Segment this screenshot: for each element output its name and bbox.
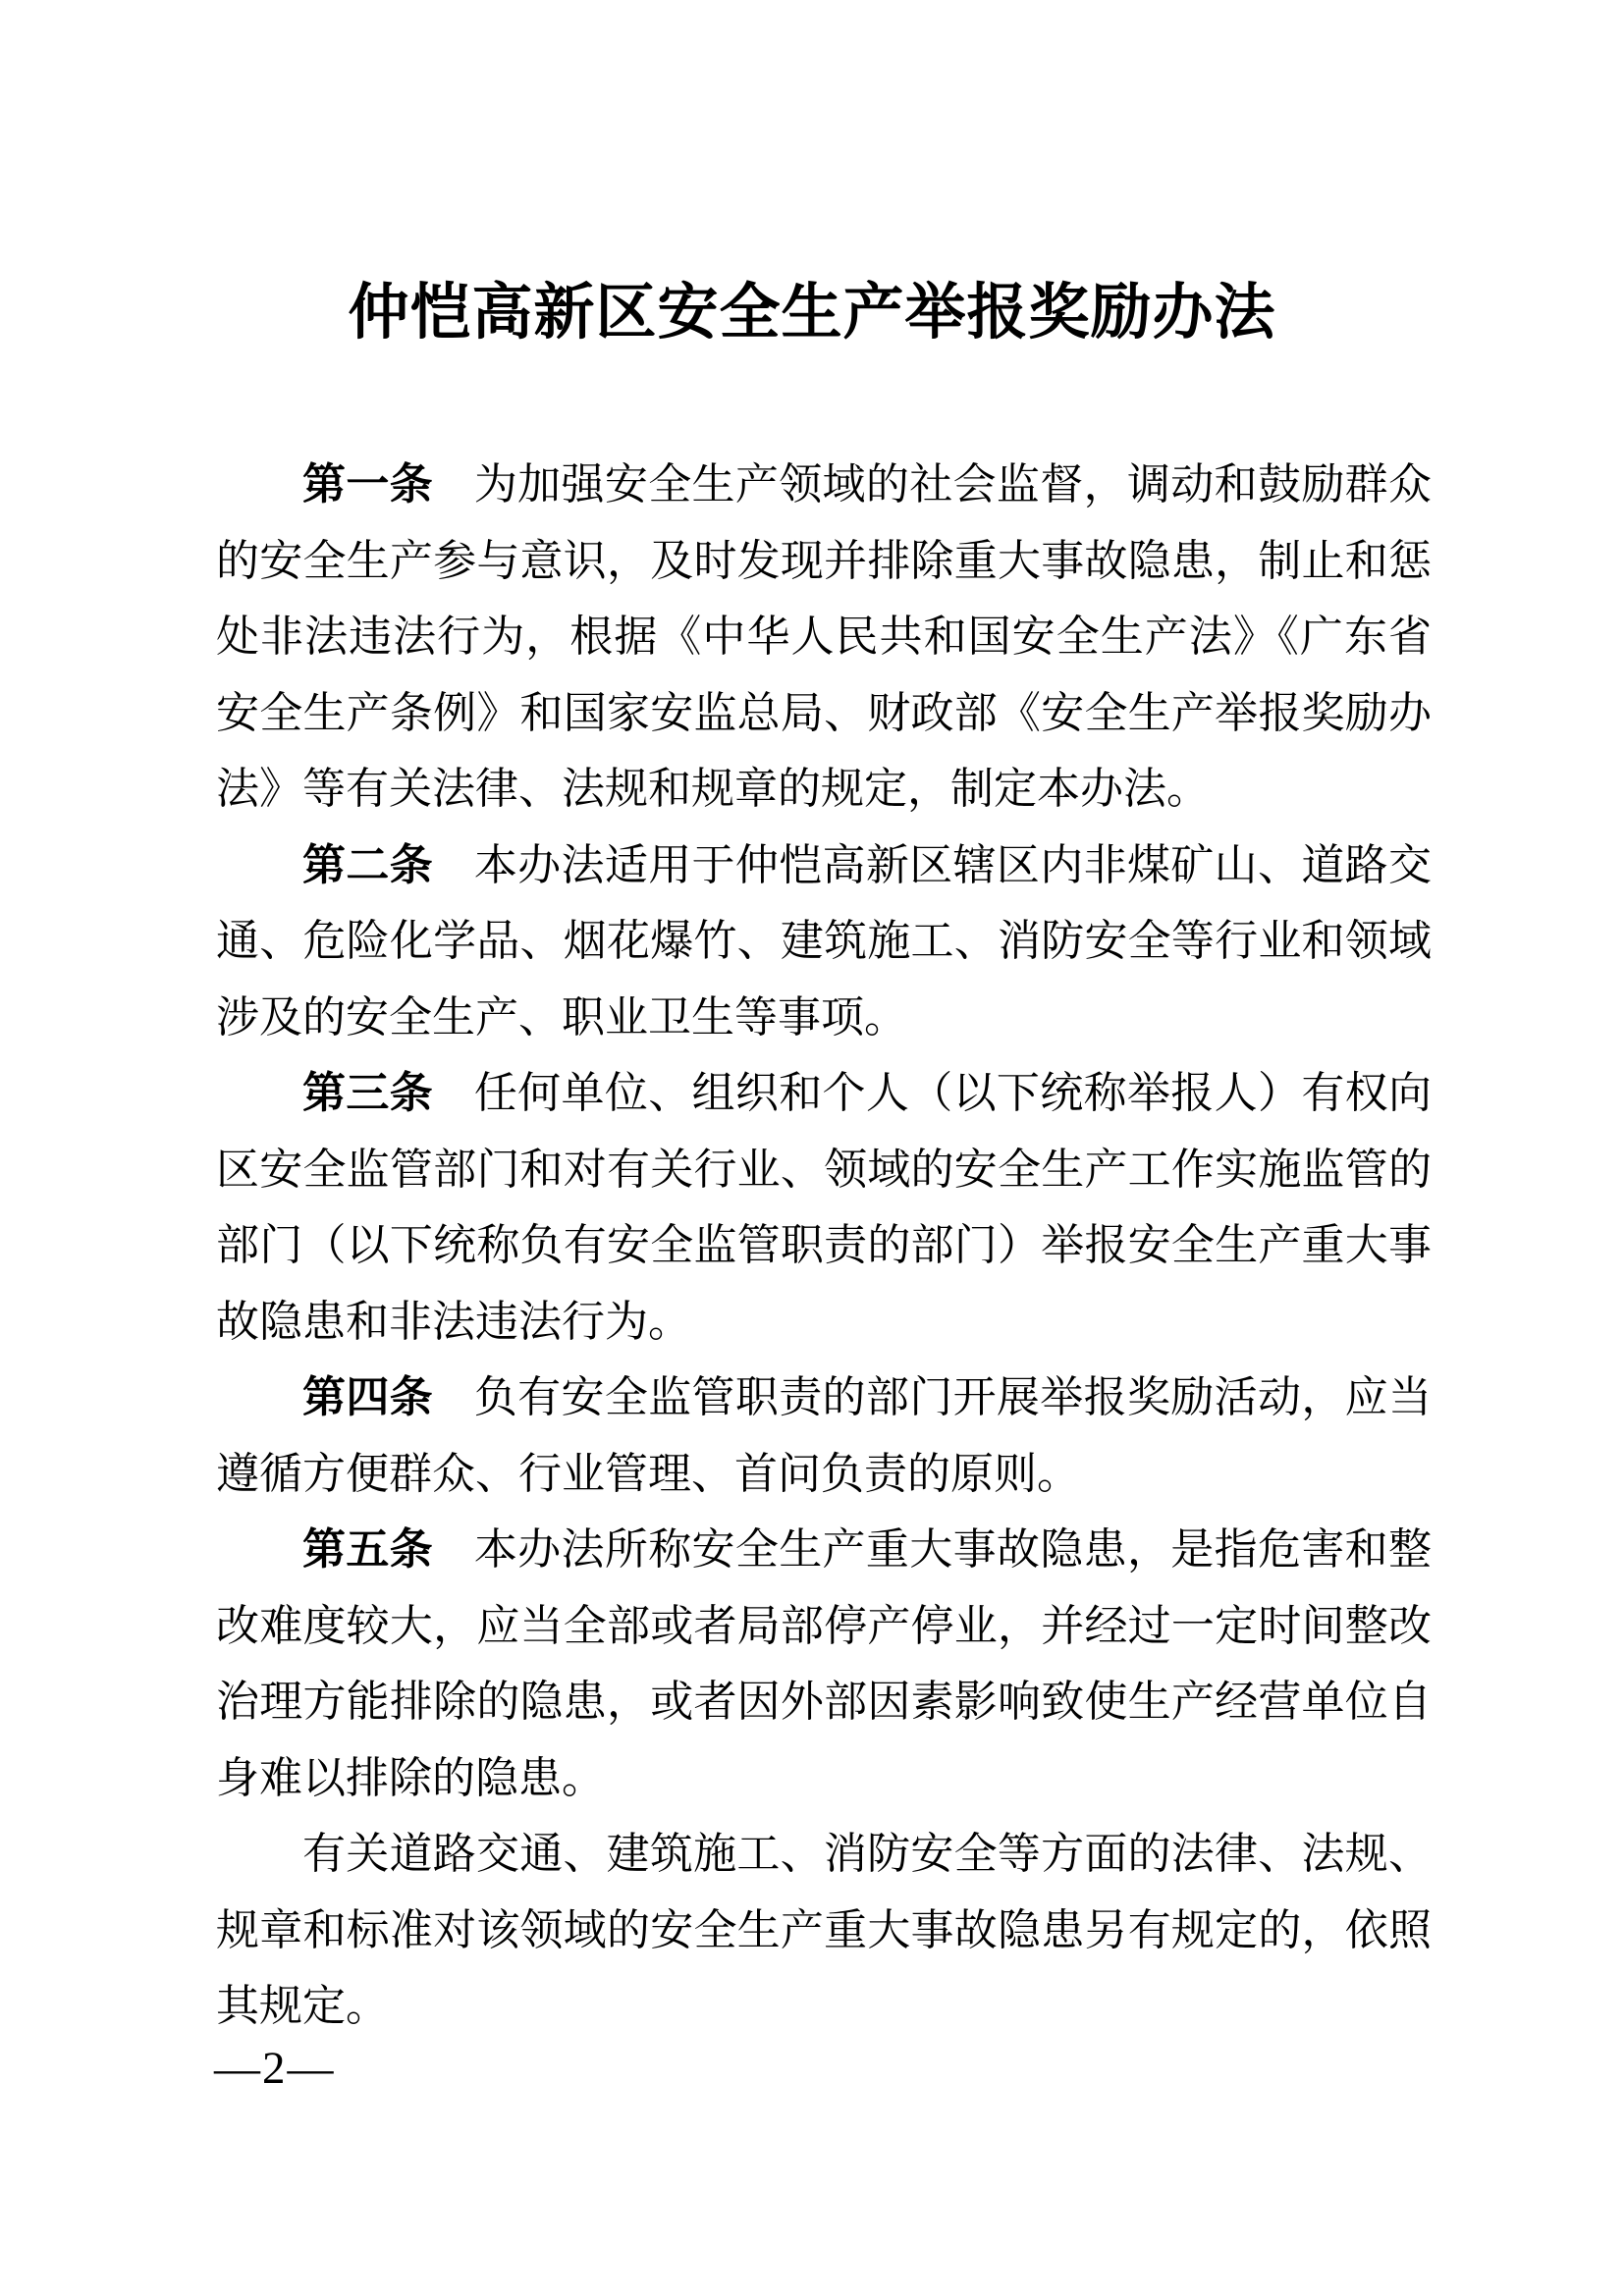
document-page: 仲恺高新区安全生产举报奖励办法 第一条为加强安全生产领域的社会监督，调动和鼓励群… [0, 0, 1624, 2296]
article-paragraph: 有关道路交通、建筑施工、消防安全等方面的法律、法规、规章和标准对该领域的安全生产… [216, 1816, 1432, 2045]
article-text: 有关道路交通、建筑施工、消防安全等方面的法律、法规、规章和标准对该领域的安全生产… [216, 1830, 1432, 2030]
page-title: 仲恺高新区安全生产举报奖励办法 [0, 279, 1624, 348]
article-label: 第一条 [302, 460, 433, 508]
article-paragraph: 第四条负有安全监管职责的部门开展举报奖励活动，应当遵循方便群众、行业管理、首问负… [216, 1360, 1432, 1512]
article-label: 第五条 [302, 1525, 433, 1574]
article-label: 第四条 [302, 1373, 433, 1421]
article-paragraph: 第五条本办法所称安全生产重大事故隐患，是指危害和整改难度较大，应当全部或者局部停… [216, 1512, 1432, 1816]
document-body: 第一条为加强安全生产领域的社会监督，调动和鼓励群众的安全生产参与意识，及时发现并… [216, 447, 1432, 2045]
article-label: 第二条 [302, 841, 433, 889]
article-paragraph: 第三条任何单位、组织和个人（以下统称举报人）有权向区安全监管部门和对有关行业、领… [216, 1055, 1432, 1360]
article-label: 第三条 [302, 1069, 433, 1117]
article-paragraph: 第二条本办法适用于仲恺高新区辖区内非煤矿山、道路交通、危险化学品、烟花爆竹、建筑… [216, 828, 1432, 1056]
page-number: —2— [214, 2044, 336, 2095]
article-text: 为加强安全生产领域的社会监督，调动和鼓励群众的安全生产参与意识，及时发现并排除重… [216, 460, 1432, 813]
article-paragraph: 第一条为加强安全生产领域的社会监督，调动和鼓励群众的安全生产参与意识，及时发现并… [216, 447, 1432, 828]
